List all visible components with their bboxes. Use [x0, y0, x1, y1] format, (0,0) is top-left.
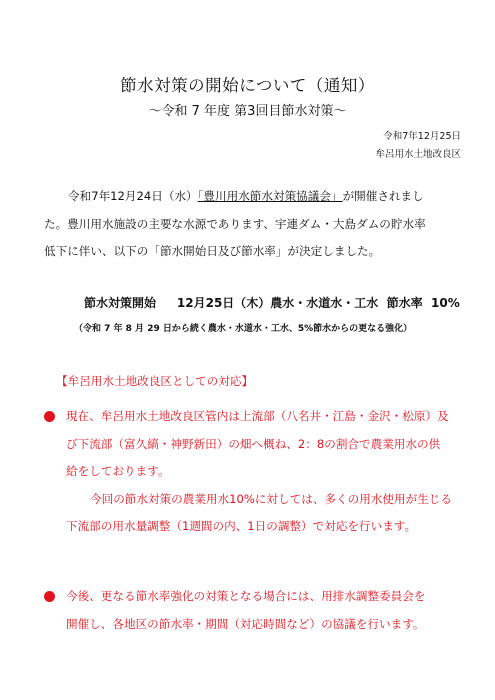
bullet-dot-icon — [44, 591, 55, 602]
page-subtitle: ～令和 7 年度 第3回目節水対策～ — [0, 100, 495, 119]
date-issuer-block: 令和7年12月25日 牟呂用水土地改良区 — [375, 128, 461, 164]
water-saving-notice: 節水対策開始 12月25日（木）農水・水道水・工水 節水率 10% — [84, 294, 460, 311]
bullet-2-line-1: 今後、更なる節水率強化の対策となる場合には、用排水調整委員会を — [44, 583, 464, 611]
page-title: 節水対策の開始について（通知） — [0, 72, 495, 96]
issuer-name: 牟呂用水土地改良区 — [375, 146, 461, 164]
bullet-1-line-3: 給をしております。 — [44, 458, 464, 486]
intro-line-2: た。豊川用水施設の主要な水源であります、宇連ダム・大島ダムの貯水率 — [44, 211, 464, 239]
issue-date: 令和7年12月25日 — [375, 128, 461, 146]
bullet-2-line-2: 開催し、各地区の節水率・期間（対応時間など）の協議を行います。 — [44, 611, 464, 639]
intro-line-3: 低下に伴い、以下の「節水開始日及び節水率」が決定しました。 — [44, 238, 464, 266]
intro-date-text: 令和7年12月24日（水） — [68, 189, 198, 203]
bullet-1-line-4: 今回の節水対策の農業用水10%に対しては、多くの用水使用が生じる — [44, 486, 464, 514]
bullet-1-line-5: 下流部の用水量調整（1週間の内、1日の調整）で対応を行います。 — [44, 513, 464, 541]
section-title: 【牟呂用水土地改良区としての対応】 — [56, 373, 253, 389]
document-page: 節水対策の開始について（通知） ～令和 7 年度 第3回目節水対策～ 令和7年1… — [0, 0, 495, 700]
bullet-2-text-1: 今後、更なる節水率強化の対策となる場合には、用排水調整委員会を — [66, 589, 425, 603]
bullet-dot-icon — [44, 411, 55, 422]
bullet-item-2: 今後、更なる節水率強化の対策となる場合には、用排水調整委員会を 開催し、各地区の… — [44, 583, 464, 638]
bullet-1-line-1: 現在、牟呂用水土地改良区管内は上流部（八名井・江島・金沢・松原）及 — [44, 403, 464, 431]
intro-paragraph: 令和7年12月24日（水）「豊川用水節水対策協議会」が開催されまし た。豊川用水… — [44, 183, 464, 266]
bullet-1-line-2: び下流部（富久縞・神野新田）の畑へ概ね、2：8の割合で農業用水の供 — [44, 431, 464, 459]
bullet-1-text-1: 現在、牟呂用水土地改良区管内は上流部（八名井・江島・金沢・松原）及 — [66, 409, 449, 423]
water-saving-notice-note: （令和 7 年 8 月 29 日から続く農水・水道水・工水、5%節水からの更なる… — [74, 321, 412, 334]
council-name: 「豊川用水節水対策協議会」 — [198, 189, 343, 203]
bullet-item-1: 現在、牟呂用水土地改良区管内は上流部（八名井・江島・金沢・松原）及 び下流部（富… — [44, 403, 464, 541]
intro-line-1: 令和7年12月24日（水）「豊川用水節水対策協議会」が開催されまし — [44, 183, 464, 211]
intro-line-1-tail: が開催されまし — [343, 189, 424, 203]
